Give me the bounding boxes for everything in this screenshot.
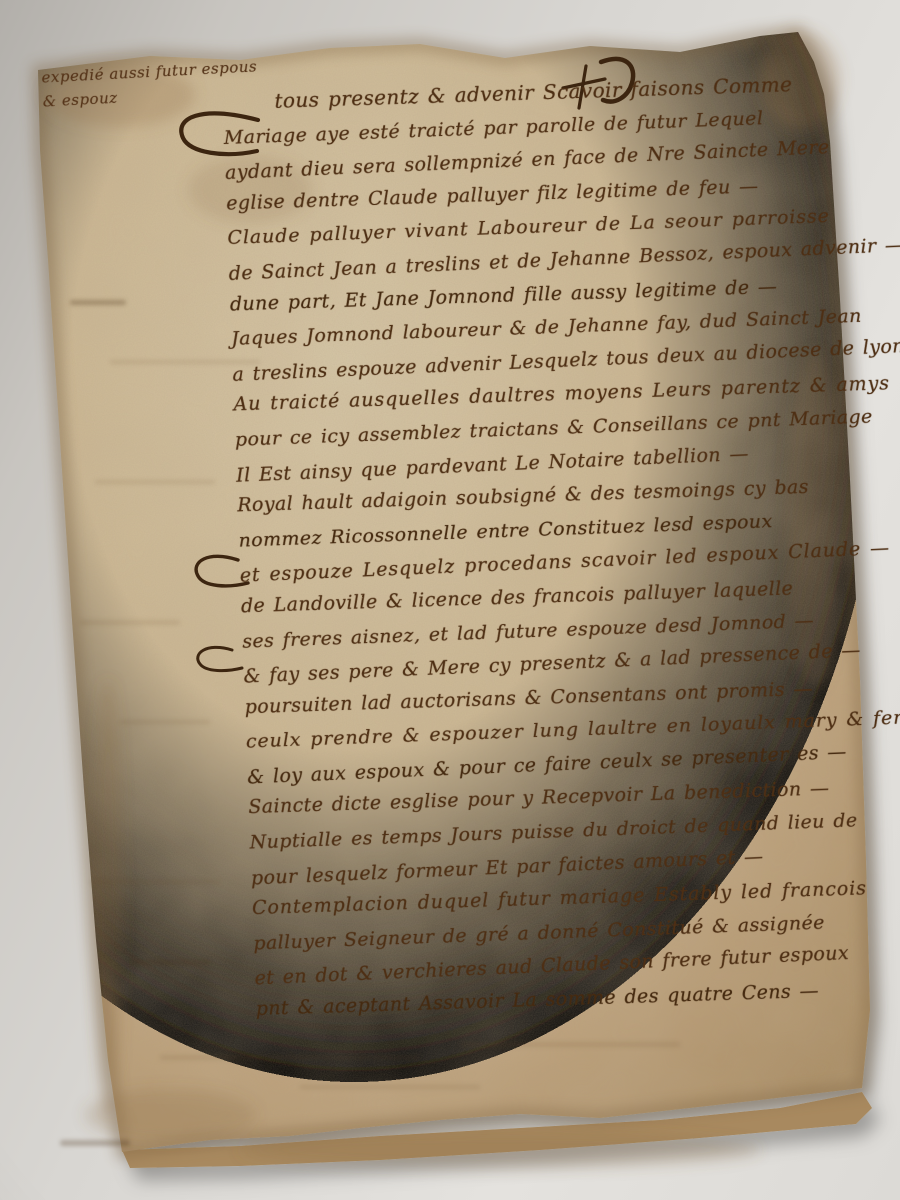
bleed-mark: [460, 1042, 680, 1047]
bleed-mark: [80, 620, 180, 625]
manuscript-text-block: tous presentz & advenir Scavoir faisons …: [222, 65, 896, 1028]
bleed-mark: [110, 360, 260, 364]
bleed-mark: [60, 1140, 130, 1146]
bleed-mark: [70, 300, 126, 305]
bleed-mark: [90, 880, 220, 884]
bleed-mark: [130, 960, 210, 965]
bleed-mark: [300, 1085, 480, 1089]
bleed-mark: [120, 720, 210, 724]
photograph-of-manuscript: expedié aussi futur espous & espouz tous…: [0, 0, 900, 1200]
bleed-mark: [95, 480, 215, 484]
bleed-mark: [160, 1055, 420, 1060]
